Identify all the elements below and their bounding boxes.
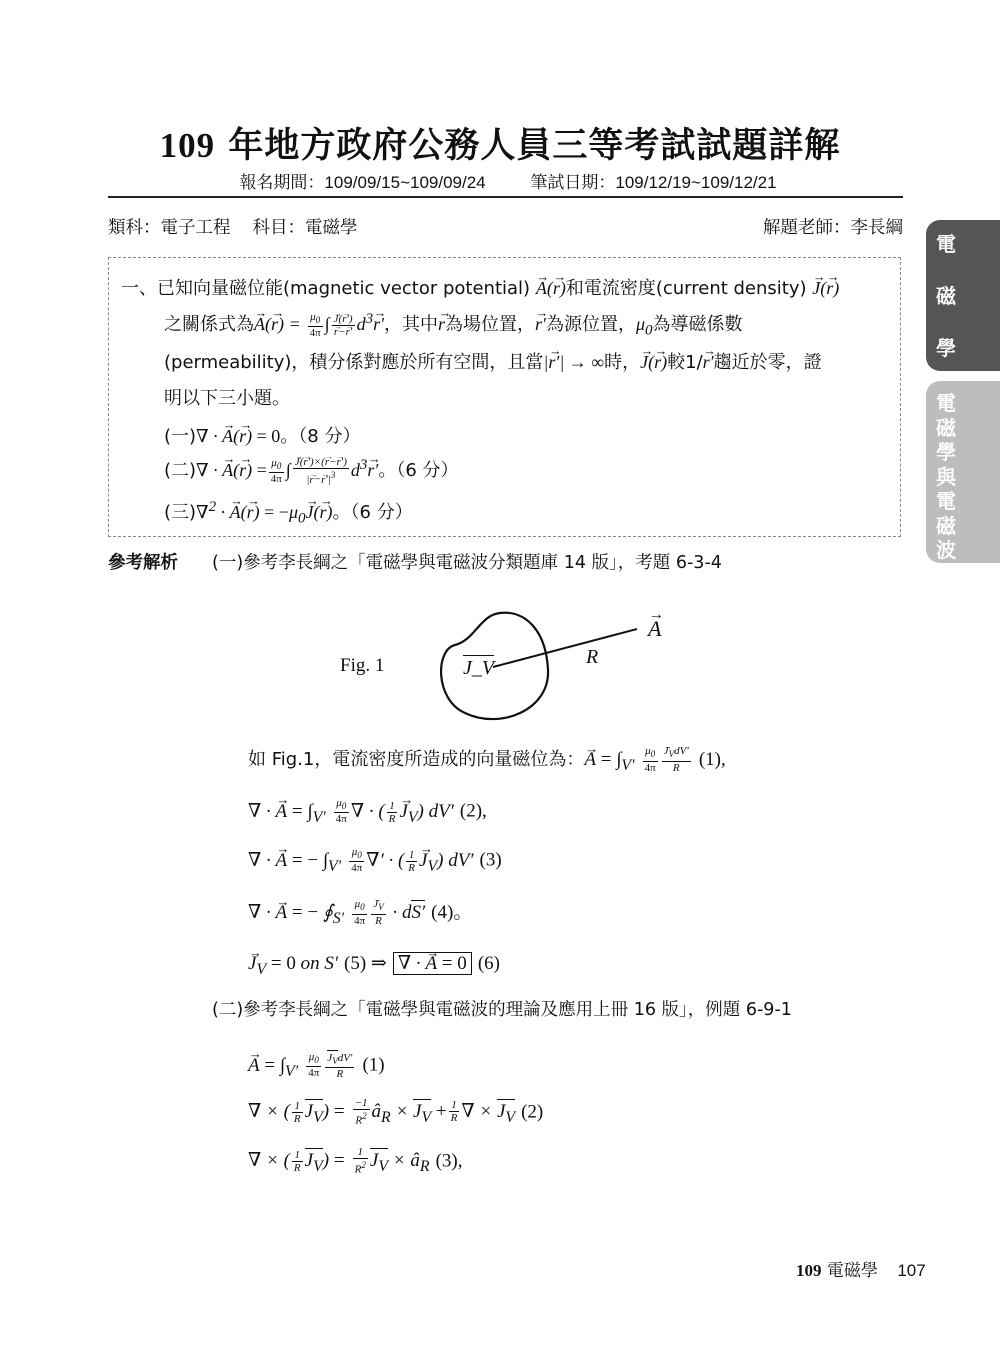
- exam-dates: 報名期間：109/09/15~109/09/24 筆試日期：109/12/19~…: [0, 168, 1000, 193]
- side-tab-label: 電 磁 學: [936, 218, 956, 374]
- question-line-3: (permeability)，積分係對應於所有空間，且當|r′| → ∞時，J(…: [164, 348, 822, 374]
- page-number: 107: [897, 1261, 925, 1280]
- footer-subject: 電磁學: [822, 1261, 878, 1281]
- question-part-3: (三)∇2 · A(r) = −μ0J(r)。（6 分）: [164, 498, 413, 528]
- fig-field-text: A: [648, 616, 661, 642]
- equation-2-3: ∇ × (1RJV) = 1R2JV × âR (3),: [248, 1146, 462, 1176]
- tab-char: 波: [936, 538, 956, 563]
- teacher: 解題老師：李長綱: [763, 214, 903, 239]
- q-text: 之關係式為: [164, 314, 254, 335]
- part-label: (二): [164, 460, 196, 481]
- page-title: 109 年地方政府公務人員三等考試試題詳解: [0, 118, 1000, 168]
- eq-tag: (2),: [460, 801, 487, 822]
- eq-tag: (1): [362, 1055, 384, 1076]
- part-score: 。（8 分）: [280, 426, 360, 447]
- part-score: 。（6 分）: [378, 460, 458, 481]
- side-tab-em-waves[interactable]: 電 磁 學 與 電 磁 波: [926, 381, 1000, 563]
- eq-tag: (6): [478, 953, 500, 974]
- q-text: 較1/: [667, 352, 703, 373]
- part-label: (三): [164, 502, 196, 523]
- eq-intro: 如 Fig.1，電流密度所造成的向量磁位為：: [248, 749, 584, 770]
- eq-tag: (1),: [699, 749, 726, 770]
- eq-tag: (3),: [436, 1150, 463, 1171]
- answer-part2-reference: (二)參考李長綱之「電磁學與電磁波的理論及應用上冊 16 版」，例題 6-9-1: [212, 996, 792, 1021]
- q-text: 趨近於零，證: [714, 352, 822, 373]
- q-text: 已知向量磁位能(magnetic vector potential): [157, 278, 536, 299]
- q-text: 時，: [604, 352, 640, 373]
- tab-char: 磁: [936, 514, 956, 539]
- fig-source-text: J_V: [463, 657, 494, 679]
- distance-line: [493, 629, 637, 667]
- eq-tag: (2): [521, 1101, 543, 1122]
- current-density-label: J_V: [463, 655, 494, 680]
- tab-char: 學: [936, 440, 956, 465]
- exam-meta: 類科：電子工程科目：電磁學: [108, 214, 380, 239]
- boxed-result: ∇ · A = 0: [393, 952, 472, 975]
- written-exam-date: 筆試日期：109/12/19~109/12/21: [530, 173, 776, 192]
- question-box: 一、已知向量磁位能(magnetic vector potential) A(r…: [108, 257, 901, 537]
- tab-char: 學: [936, 322, 956, 374]
- category: 類科：電子工程: [108, 218, 231, 238]
- eq-tag: (4)。: [431, 902, 472, 923]
- q-text: 和電流密度(current density): [566, 278, 812, 299]
- part-score: 。（6 分）: [333, 502, 413, 523]
- equation-2-1: A = ∫V′ μ04πJVdV′R (1): [248, 1050, 385, 1080]
- question-line-4: 明以下三小題。: [164, 384, 290, 410]
- tab-char: 與: [936, 465, 956, 490]
- equation-1-2: ∇ · A = ∫V′ μ04π∇ · (1RJV) dV′ (2),: [248, 797, 487, 826]
- tab-char: 磁: [936, 416, 956, 441]
- equation-1-3: ∇ · A = − ∫V′ μ04π∇′ · (1RJV) dV′ (3): [248, 846, 502, 875]
- answer-label: 參考解析: [108, 549, 178, 574]
- question-part-2: (二)∇ · A(r) =μ04π∫J(r′)×(r−r′)|r−r′|3d3r…: [164, 456, 459, 486]
- registration-period: 報名期間：109/09/15~109/09/24: [239, 173, 485, 192]
- question-part-1: (一)∇ · A(r) = 0。（8 分）: [164, 422, 360, 448]
- title-year: 109: [160, 126, 216, 165]
- equation-1-4: ∇ · A = − ∮S′ μ04πJVR · dS′ (4)。: [248, 897, 472, 928]
- vector-potential-label: A: [648, 616, 661, 642]
- q-text: (permeability)，積分係對應於所有空間，且當: [164, 352, 543, 373]
- answer-part1-reference: (一)參考李長綱之「電磁學與電磁波分類題庫 14 版」，考題 6-3-4: [212, 549, 722, 574]
- footer-year: 109: [796, 1261, 822, 1280]
- question-number: 一、: [121, 278, 157, 299]
- side-tab-label: 電 磁 學 與 電 磁 波: [936, 391, 956, 563]
- page-footer: 109 電磁學 107: [796, 1256, 926, 1281]
- question-line-1: 一、已知向量磁位能(magnetic vector potential) A(r…: [121, 274, 839, 300]
- distance-label: R: [586, 646, 598, 669]
- q-text: ，其中: [384, 314, 438, 335]
- subject: 科目：電磁學: [253, 218, 358, 238]
- eq-tag: (3): [480, 850, 502, 871]
- question-line-2: 之關係式為A(r) = μ04π∫J(r′)r−r′d3r′，其中r為場位置，r…: [164, 310, 743, 340]
- tab-char: 電: [936, 391, 956, 416]
- header-divider: [108, 196, 903, 198]
- q-text: 為源位置，: [546, 314, 636, 335]
- equation-1-5: JV = 0 on S′ (5) ⇒ ∇ · A = 0 (6): [248, 952, 500, 979]
- tab-char: 電: [936, 489, 956, 514]
- side-tab-electromagnetics[interactable]: 電 磁 學: [926, 220, 1000, 371]
- q-text: 為導磁係數: [653, 314, 743, 335]
- equation-2-2: ∇ × (1RJV) = −1R2âR × JV +1R∇ × JV (2): [248, 1097, 543, 1127]
- q-text: 為場位置，: [445, 314, 535, 335]
- title-text: 年地方政府公務人員三等考試試題詳解: [215, 126, 840, 166]
- tab-char: 電: [936, 218, 956, 270]
- tab-char: 磁: [936, 270, 956, 322]
- part-label: (一): [164, 426, 196, 447]
- equation-1-1: 如 Fig.1，電流密度所造成的向量磁位為：A = ∫V′ μ04πJVdV′R…: [248, 745, 726, 775]
- figure-label: Fig. 1: [340, 655, 384, 677]
